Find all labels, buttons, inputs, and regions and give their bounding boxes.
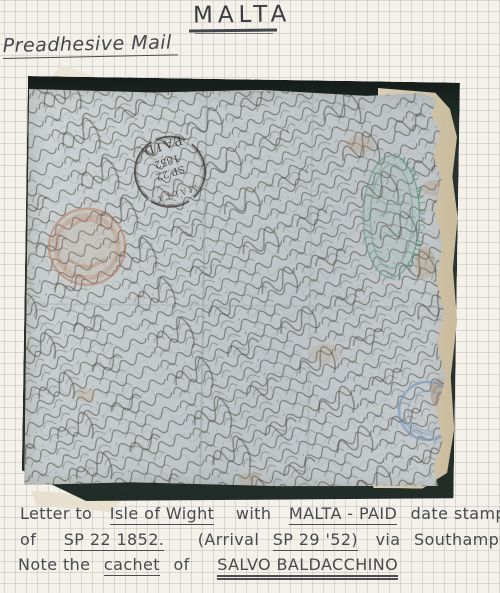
caption-underlined-malta-paid: MALTA - PAID — [289, 504, 397, 525]
caption-word: with — [236, 504, 272, 523]
page-title: MALTA — [193, 1, 292, 28]
caption-underlined-destination: Isle of Wight — [110, 504, 215, 525]
category-label: Preadhesive Mail — [2, 31, 178, 59]
caption-word: date stamp — [411, 504, 500, 523]
crowned-circle-stamp — [49, 208, 126, 285]
caption-word: Note the — [18, 555, 90, 574]
bold-writing-accents — [24, 88, 451, 489]
caption-word: (Arrival — [198, 530, 259, 549]
caption-line-2: of SP 22 1852. (Arrival SP 29 '52) via S… — [20, 530, 500, 551]
caption-underlined-baldacchino: SALVO BALDACCHINO — [217, 555, 398, 580]
caption-line-1: Letter to Isle of Wight with MALTA - PAI… — [20, 504, 500, 525]
title-underline-second — [195, 33, 273, 34]
caption-line-3: Note the cachet of SALVO BALDACCHINO — [18, 555, 398, 580]
caption-underlined-date: SP 22 1852. — [64, 530, 165, 551]
caption-word: Southampton — [414, 530, 500, 549]
caption-word: of — [20, 530, 36, 549]
caption-word: of — [173, 555, 189, 574]
caption-underlined-arrival-date: SP 29 '52) — [273, 530, 358, 551]
album-page: MALTA Preadhesive Mail — [0, 0, 500, 593]
caption-word: Letter to — [20, 504, 92, 523]
handwriting-layer: MALTA SP 22 1852 PAID SALVO BALDACCHINO — [24, 87, 451, 490]
title-underline — [189, 29, 277, 33]
cover-letter-scan: MALTA SP 22 1852 PAID SALVO BALDACCHINO — [24, 87, 451, 490]
caption-word: via — [376, 530, 401, 549]
caption-underlined-cachet: cachet — [104, 555, 160, 576]
